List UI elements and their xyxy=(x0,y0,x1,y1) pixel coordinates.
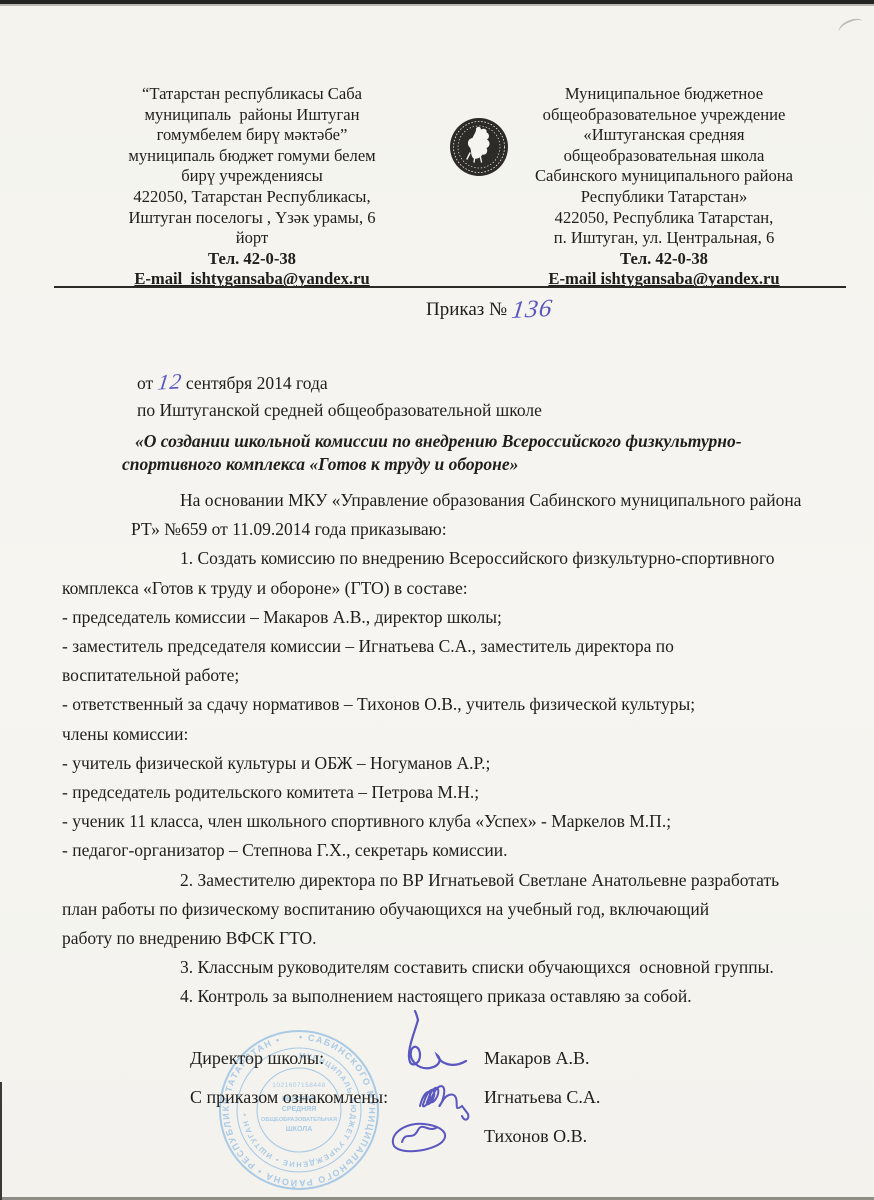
letterhead-line: 422050, Татарстан Республикасы, xyxy=(56,187,448,208)
order-school-line: по Иштуганской средней общеобразовательн… xyxy=(137,400,542,421)
order-subject-line1: «О создании школьной комиссии по внедрен… xyxy=(122,430,832,453)
letterhead-russian-lines: Муниципальное бюджетноеобщеобразовательн… xyxy=(486,84,842,249)
date-prefix: от xyxy=(137,373,158,393)
order-body-line: воспитательной работе; xyxy=(62,661,842,690)
letterhead-line: йорт xyxy=(56,228,448,249)
order-subject-line2: спортивного комплекса «Готов к труду и о… xyxy=(122,453,832,476)
order-subject: «О создании школьной комиссии по внедрен… xyxy=(122,430,832,476)
date-day-handwritten: 12 xyxy=(156,368,183,395)
order-body-line: члены комиссии: xyxy=(62,720,842,749)
order-body-line: - ответственный за сдачу нормативов – Ти… xyxy=(62,690,842,719)
letterhead-line: гомумбелем бирү мәктәбе” xyxy=(56,125,448,146)
letterhead-line: п. Иштуган, ул. Центральная, 6 xyxy=(486,228,842,249)
letterhead-line: муниципаль бюджет гомуми белем xyxy=(56,146,448,167)
letterhead-line: общеобразовательное учреждение xyxy=(486,105,842,126)
letterhead-line: 422050, Республика Татарстан, xyxy=(486,208,842,229)
tikhonov-signature-ink xyxy=(393,1124,445,1151)
order-body: На основании МКУ «Управление образования… xyxy=(62,486,842,1012)
order-body-line: На основании МКУ «Управление образования… xyxy=(62,486,842,515)
order-body-line: 3. Классным руководителям составить спис… xyxy=(62,953,842,982)
signature-name-makarov: Макаров А.В. xyxy=(484,1048,589,1069)
order-body-line: план работы по физическому воспитанию об… xyxy=(62,895,842,924)
order-body-line: - педагог-организатор – Степнова Г.Х., с… xyxy=(62,836,842,865)
order-title-prefix: Приказ № xyxy=(426,299,512,320)
document-page: “Татарстан республикасы Сабамуниципаль р… xyxy=(0,0,874,1200)
letterhead-tatar: “Татарстан республикасы Сабамуниципаль р… xyxy=(56,84,448,290)
letterhead-line: Сабинского муниципального района xyxy=(486,166,842,187)
letterhead-tatar-tel: Тел. 42-0-38 xyxy=(56,249,448,270)
letterhead-russian: Муниципальное бюджетноеобщеобразовательн… xyxy=(486,84,842,290)
order-body-line: - заместитель председателя комиссии – Иг… xyxy=(62,632,842,661)
order-title: Приказ № 136 xyxy=(426,299,552,321)
order-body-line: РТ» №659 от 11.09.2014 года приказываю: xyxy=(62,515,842,544)
order-body-line: комплекса «Готов к труду и обороне» (ГТО… xyxy=(62,574,842,603)
letterhead-line: муниципаль районы Иштуган xyxy=(56,105,448,126)
signature-label-acknowledged: С приказом ознакомлены: xyxy=(190,1087,388,1108)
letterhead-divider-rule xyxy=(54,286,846,288)
letterhead-line: Муниципальное бюджетное xyxy=(486,84,842,105)
signature-name-tikhonov: Тихонов О.В. xyxy=(484,1126,587,1147)
order-body-line: 2. Заместителю директора по ВР Игнатьево… xyxy=(62,866,842,895)
letterhead-line: “Татарстан республикасы Саба xyxy=(56,84,448,105)
letterhead-line: Иштуган поселогы , Үзәк урамы, 6 xyxy=(56,208,448,229)
signature-name-ignatieva: Игнатьева С.А. xyxy=(484,1087,600,1108)
signature-label-director: Директор школы: xyxy=(190,1048,324,1069)
letterhead-line: бирү учреждениясы xyxy=(56,166,448,187)
scanner-smudge xyxy=(836,15,865,38)
order-body-line: - ученик 11 класса, член школьного спорт… xyxy=(62,807,842,836)
order-body-line: 4. Контроль за выполнением настоящего пр… xyxy=(62,982,842,1011)
letterhead-line: общеобразовательная школа xyxy=(486,146,842,167)
stamp-center-line: ШКОЛА xyxy=(286,1126,313,1133)
scan-top-edge-shadow xyxy=(0,4,874,6)
letterhead-russian-tel: Тел. 42-0-38 xyxy=(486,249,842,270)
order-body-line: - учитель физической культуры и ОБЖ – Но… xyxy=(62,749,842,778)
order-date-line: от 12 сентября 2014 года xyxy=(137,369,328,395)
letterhead-tatar-lines: “Татарстан республикасы Сабамуниципаль р… xyxy=(56,84,448,249)
stamp-center-line: ОБЩЕОБРАЗОВАТЕЛЬНАЯ xyxy=(261,1117,337,1123)
order-number-handwritten: 136 xyxy=(511,299,554,320)
letterhead-line: Республики Татарстан» xyxy=(486,187,842,208)
scan-left-edge xyxy=(0,1082,2,1200)
makarov-signature-ink xyxy=(409,1011,466,1068)
ignatieva-signature-ink xyxy=(420,1086,468,1120)
order-body-line: - председатель родительского комитета – … xyxy=(62,778,842,807)
order-body-line: - председатель комиссии – Макаров А.В., … xyxy=(62,603,842,632)
date-suffix: сентября 2014 года xyxy=(182,373,328,393)
order-body-line: 1. Создать комиссию по внедрению Всеросс… xyxy=(62,544,842,573)
order-body-line: работу по внедрению ВФСК ГТО. xyxy=(62,924,842,953)
letterhead-line: «Иштуганская средняя xyxy=(486,125,842,146)
